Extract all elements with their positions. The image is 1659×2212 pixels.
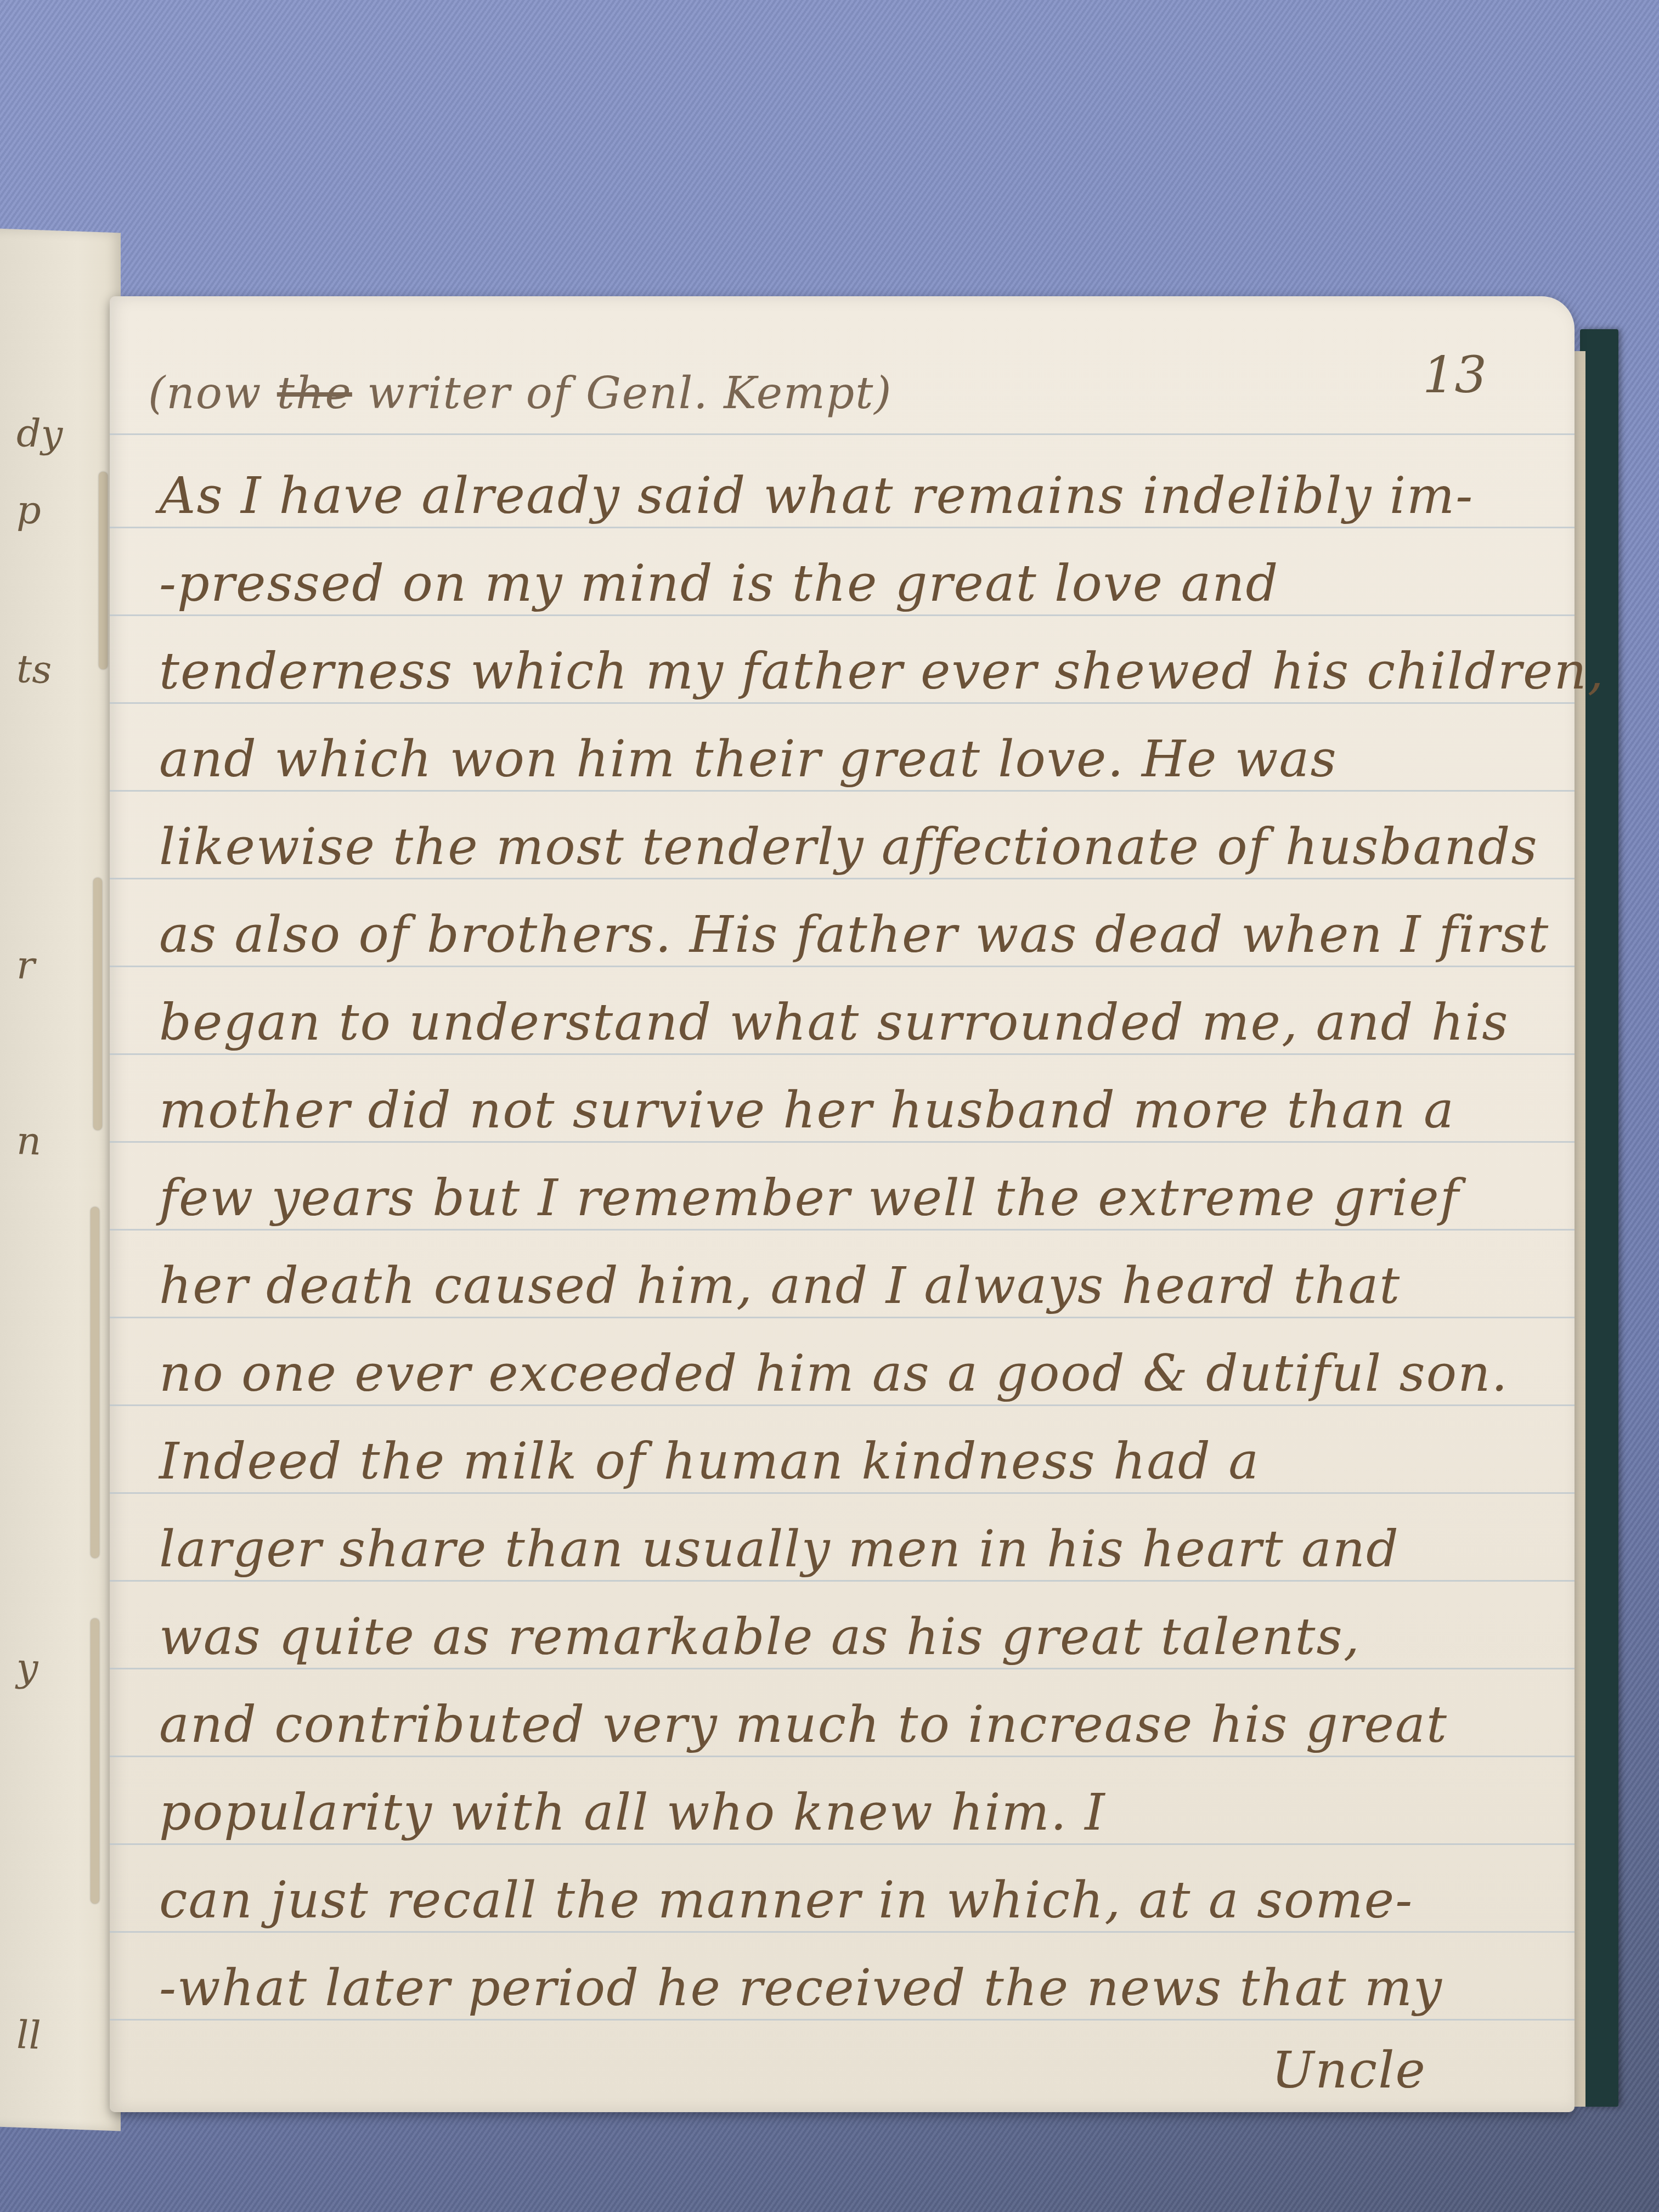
- manuscript-line: larger share than usually men in his hea…: [159, 1520, 1492, 1578]
- left-page-fragment: dy: [16, 410, 63, 457]
- ruled-line: [110, 1053, 1575, 1055]
- ruled-line: [110, 1317, 1575, 1318]
- manuscript-line: as also of brothers. His father was dead…: [159, 905, 1492, 964]
- left-page-fragment: y: [16, 1645, 38, 1690]
- manuscript-line: no one ever exceeded him as a good & dut…: [159, 1344, 1492, 1403]
- ruled-line: [110, 790, 1575, 792]
- manuscript-line: -pressed on my mind is the great love an…: [159, 554, 1492, 613]
- manuscript-line: As I have already said what remains inde…: [159, 466, 1492, 525]
- manuscript-line: few years but I remember well the extrem…: [159, 1169, 1492, 1227]
- manuscript-line: popularity with all who knew him. I: [159, 1783, 1492, 1842]
- binding-stitch: [99, 472, 108, 669]
- left-page-fragment: ll: [16, 2012, 41, 2058]
- header-note-suffix: writer of Genl. Kempt): [352, 368, 893, 419]
- ruled-line: [110, 1404, 1575, 1406]
- left-page-fragment: n: [16, 1118, 41, 1164]
- manuscript-line: tenderness which my father ever shewed h…: [159, 642, 1492, 701]
- catchword: Uncle: [1272, 2041, 1426, 2100]
- header-note: (now the writer of Genl. Kempt): [148, 368, 1492, 419]
- ruled-line: [110, 1229, 1575, 1231]
- manuscript-line: can just recall the manner in which, at …: [159, 1871, 1492, 1929]
- manuscript-line: and contributed very much to increase hi…: [159, 1695, 1492, 1754]
- binding-stitch: [91, 1618, 99, 1904]
- ruled-line: [110, 1931, 1575, 1933]
- ruled-line: [110, 1492, 1575, 1494]
- manuscript-line: likewise the most tenderly affectionate …: [159, 817, 1492, 876]
- ruled-line: [110, 966, 1575, 967]
- ruled-line: [110, 1756, 1575, 1757]
- left-page-fragment: p: [16, 487, 41, 533]
- ruled-line: [110, 1843, 1575, 1845]
- binding-stitch: [93, 878, 102, 1130]
- manuscript-line: began to understand what surrounded me, …: [159, 993, 1492, 1052]
- left-page-fragment: r: [16, 943, 35, 988]
- manuscript-line: mother did not survive her husband more …: [159, 1081, 1492, 1139]
- book-cover-edge: [1580, 329, 1618, 2107]
- ruled-line: [110, 433, 1575, 435]
- ruled-line: [110, 702, 1575, 704]
- ruled-line: [110, 2019, 1575, 2021]
- ruled-line: [110, 878, 1575, 879]
- ruled-line: [110, 1580, 1575, 1582]
- ruled-line: [110, 527, 1575, 528]
- manuscript-line: her death caused him, and I always heard…: [159, 1256, 1492, 1315]
- ruled-line: [110, 1141, 1575, 1143]
- ruled-line: [110, 614, 1575, 616]
- binding-stitch: [91, 1207, 99, 1558]
- ruled-line: [110, 1668, 1575, 1669]
- manuscript-line: was quite as remarkable as his great tal…: [159, 1607, 1492, 1666]
- manuscript-line: Indeed the milk of human kindness had a: [159, 1432, 1492, 1491]
- struck-word: the: [277, 368, 352, 419]
- manuscript-line: and which won him their great love. He w…: [159, 730, 1492, 788]
- left-page-fragment: ts: [16, 646, 52, 692]
- manuscript-line: -what later period he received the news …: [159, 1959, 1492, 2017]
- manuscript-page: 13 (now the writer of Genl. Kempt) As I …: [110, 296, 1575, 2112]
- header-note-prefix: (now: [148, 368, 277, 419]
